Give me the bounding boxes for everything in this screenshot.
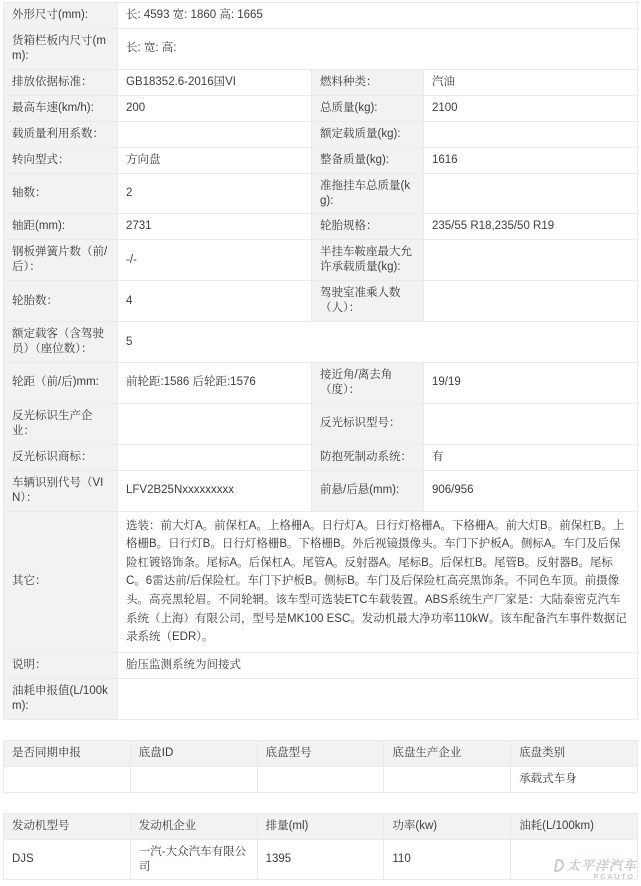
engine-header-text: 发动机型号 xyxy=(12,820,70,832)
spec-label-text: 总质量(kg): xyxy=(320,102,378,114)
pcauto-watermark: 太平洋汽车 PCAUTO xyxy=(555,859,637,881)
spec-value: 汽油 xyxy=(424,69,638,95)
chassis-cell xyxy=(4,766,131,792)
spec-value: 19/19 xyxy=(424,363,638,404)
spec-label-text: 油耗申报值(L/100km): xyxy=(12,685,108,712)
chassis-value-row: 承载式车身 xyxy=(4,766,638,792)
spec-label-text: 轮距（前/后)mm: xyxy=(12,376,99,388)
chassis-header-text: 底盘类别 xyxy=(519,747,565,759)
spec-label-text: 额定载客（含驾驶员）（座位数）： xyxy=(12,328,104,355)
spec-value xyxy=(424,240,638,281)
row-track-angles: 轮距（前/后)mm: 前轮距:1586 后轮距:1576 接近角/离去角（度）：… xyxy=(4,363,638,404)
spec-value-text: 1616 xyxy=(432,154,458,166)
chassis-cell-text xyxy=(392,773,395,785)
spec-label: 准拖挂车总质量(kg): xyxy=(312,173,424,214)
spec-label: 反光标识生产企业： xyxy=(4,403,118,444)
spec-label-text: 前悬/后悬(mm): xyxy=(320,484,399,496)
engine-header: 发动机企业 xyxy=(130,813,257,839)
engine-header: 排量(ml) xyxy=(257,813,384,839)
spec-value: 前轮距:1586 后轮距:1576 xyxy=(118,363,312,404)
spec-label: 其它： xyxy=(4,511,118,652)
spec-label-text: 燃料种类： xyxy=(320,76,378,88)
spec-value-text: 19/19 xyxy=(432,376,461,388)
chassis-header: 是否同期申报 xyxy=(4,740,131,766)
spec-label-text: 转向型式： xyxy=(12,154,70,166)
spec-label: 轮距（前/后)mm: xyxy=(4,363,118,404)
spec-value xyxy=(424,403,638,444)
spec-value: 5 xyxy=(118,322,638,363)
row-maxspeed-totalmass: 最高车速(km/h): 200 总质量(kg): 2100 xyxy=(4,95,638,121)
pcauto-logo-icon xyxy=(554,859,565,872)
spec-label: 驾驶室准乘人数（人）： xyxy=(312,281,424,322)
spec-value: 1616 xyxy=(424,147,638,173)
vehicle-spec-table: 外形尺寸(mm): 长: 4593 宽: 1860 高: 1665 货箱栏板内尺… xyxy=(3,2,638,720)
spec-value xyxy=(424,281,638,322)
row-other-options: 其它： 选装：前大灯A。前保杠A。上格栅A。日行灯A。日行灯格栅A。下格栅A。前… xyxy=(4,511,638,652)
spec-label: 最高车速(km/h): xyxy=(4,95,118,121)
engine-cell: 1395 xyxy=(257,839,384,880)
spec-value: 方向盘 xyxy=(118,147,312,173)
spec-label: 货箱栏板内尺寸(mm): xyxy=(4,28,118,69)
vin-value-text: LFV2B25Nxxxxxxxxx xyxy=(126,484,234,496)
spec-value-text xyxy=(432,128,435,140)
spec-label-text: 驾驶室准乘人数（人）： xyxy=(320,287,401,314)
engine-header-row: 发动机型号 发动机企业 排量(ml) 功率(kw) 油耗(L/100km) xyxy=(4,813,638,839)
spec-label-text: 其它： xyxy=(12,575,47,587)
spec-value-text: 2100 xyxy=(432,102,458,114)
table-gap xyxy=(3,793,638,813)
spec-label: 燃料种类： xyxy=(312,69,424,95)
chassis-header: 底盘生产企业 xyxy=(384,740,511,766)
spec-label: 总质量(kg): xyxy=(312,95,424,121)
spec-label: 转向型式： xyxy=(4,147,118,173)
spec-value: 906/956 xyxy=(424,470,638,511)
spec-label: 半挂车鞍座最大允许承载质量(kg): xyxy=(312,240,424,281)
engine-fuel-text xyxy=(519,853,522,865)
chassis-header-row: 是否同期申报 底盘ID 底盘型号 底盘生产企业 底盘类别 xyxy=(4,740,638,766)
engine-displacement-text: 1395 xyxy=(266,853,292,865)
engine-cell: 110 xyxy=(384,839,511,880)
spec-value: 长: 4593 宽: 1860 高: 1665 xyxy=(118,3,638,29)
spec-value xyxy=(118,403,312,444)
chassis-cell: 承载式车身 xyxy=(511,766,638,792)
spec-value: LFV2B25Nxxxxxxxxx xyxy=(118,470,312,511)
row-loadfactor-ratedload: 载质量利用系数： 额定载质量(kg): xyxy=(4,121,638,147)
chassis-cell-text: 承载式车身 xyxy=(519,773,577,785)
row-note: 说明： 胎压监测系统为间接式 xyxy=(4,652,638,678)
spec-sheet: 外形尺寸(mm): 长: 4593 宽: 1860 高: 1665 货箱栏板内尺… xyxy=(0,0,641,880)
watermark-subtext: PCAUTO xyxy=(555,874,637,881)
engine-cell: 一汽-大众汽车有限公司 xyxy=(130,839,257,880)
spec-value: 长: 宽: 高: xyxy=(118,28,638,69)
spec-value-text: 4 xyxy=(126,295,132,307)
spec-label-text: 轮胎规格： xyxy=(320,220,378,232)
spec-value-text: 235/55 R18,235/50 R19 xyxy=(432,220,554,232)
engine-header-text: 排量(ml) xyxy=(266,820,309,832)
spec-label: 外形尺寸(mm): xyxy=(4,3,118,29)
row-tirecount-cabinseats: 轮胎数： 4 驾驶室准乘人数（人）： xyxy=(4,281,638,322)
spec-label: 轴数： xyxy=(4,173,118,214)
engine-header: 功率(kw) xyxy=(384,813,511,839)
spec-label: 额定载客（含驾驶员）（座位数）： xyxy=(4,322,118,363)
chassis-header-text: 底盘生产企业 xyxy=(392,747,461,759)
spec-label: 载质量利用系数： xyxy=(4,121,118,147)
spec-label: 接近角/离去角（度）： xyxy=(312,363,424,404)
spec-value: 2100 xyxy=(424,95,638,121)
spec-label-text: 准拖挂车总质量(kg): xyxy=(320,180,410,207)
spec-value-text xyxy=(432,295,435,307)
spec-label-text: 载质量利用系数： xyxy=(12,128,104,140)
spec-value-text xyxy=(126,128,129,140)
spec-value: 胎压监测系统为间接式 xyxy=(118,652,638,678)
spec-value: -/- xyxy=(118,240,312,281)
spec-label: 反光标识型号： xyxy=(312,403,424,444)
row-cargo-inner-dimensions: 货箱栏板内尺寸(mm): 长: 宽: 高: xyxy=(4,28,638,69)
spec-value-text: 5 xyxy=(126,336,132,348)
spec-label-text: 防抱死制动系统： xyxy=(320,451,412,463)
spec-value-text: 有 xyxy=(432,451,444,463)
engine-header-text: 油耗(L/100km) xyxy=(519,820,594,832)
spec-value xyxy=(424,173,638,214)
other-options-text: 选装：前大灯A。前保杠A。上格栅A。日行灯A。日行灯格栅A。下格栅A。前大灯B。… xyxy=(126,520,627,644)
spec-value-text xyxy=(432,417,435,429)
spec-value-text: 2 xyxy=(126,187,132,199)
spec-label: 轮胎数： xyxy=(4,281,118,322)
spec-value-text: 2731 xyxy=(126,220,152,232)
spec-label: 额定载质量(kg): xyxy=(312,121,424,147)
row-seating-capacity: 额定载客（含驾驶员）（座位数）： 5 xyxy=(4,322,638,363)
chassis-header-text: 是否同期申报 xyxy=(12,747,81,759)
spec-value-text xyxy=(432,187,435,199)
row-reflective-maker-model: 反光标识生产企业： 反光标识型号： xyxy=(4,403,638,444)
spec-value: 选装：前大灯A。前保杠A。上格栅A。日行灯A。日行灯格栅A。下格栅A。前大灯B。… xyxy=(118,511,638,652)
spec-label-text: 车辆识别代号（VIN）： xyxy=(12,477,103,504)
spec-value: 4 xyxy=(118,281,312,322)
chassis-cell xyxy=(257,766,384,792)
chassis-header-text: 底盘ID xyxy=(139,747,174,759)
spec-value: GB18352.6-2016国VI xyxy=(118,69,312,95)
spec-label-text: 货箱栏板内尺寸(mm): xyxy=(12,35,106,62)
spec-label-text: 反光标识型号： xyxy=(320,417,401,429)
spec-value xyxy=(424,121,638,147)
engine-value-row: DJS 一汽-大众汽车有限公司 1395 110 xyxy=(4,839,638,880)
spec-label-text: 轴距(mm): xyxy=(12,220,65,232)
row-wheelbase-tirespec: 轴距(mm): 2731 轮胎规格： 235/55 R18,235/50 R19 xyxy=(4,214,638,240)
spec-label-text: 钢板弹簧片数（前/后）： xyxy=(12,246,107,273)
row-vin-overhang: 车辆识别代号（VIN）： LFV2B25Nxxxxxxxxx 前悬/后悬(mm)… xyxy=(4,470,638,511)
engine-power-text: 110 xyxy=(392,853,410,865)
chassis-cell-text xyxy=(266,773,269,785)
engine-header: 油耗(L/100km) xyxy=(511,813,638,839)
spec-label: 防抱死制动系统： xyxy=(312,444,424,470)
spec-value-text xyxy=(432,254,435,266)
chassis-cell xyxy=(384,766,511,792)
spec-value: 有 xyxy=(424,444,638,470)
spec-value: 235/55 R18,235/50 R19 xyxy=(424,214,638,240)
engine-header-text: 发动机企业 xyxy=(139,820,197,832)
spec-value-text: 前轮距:1586 后轮距:1576 xyxy=(126,376,256,388)
spec-label: 轮胎规格： xyxy=(312,214,424,240)
spec-label: 前悬/后悬(mm): xyxy=(312,470,424,511)
spec-value-text xyxy=(126,417,129,429)
spec-label: 说明： xyxy=(4,652,118,678)
row-reflective-brand-abs: 反光标识商标： 防抱死制动系统： 有 xyxy=(4,444,638,470)
spec-value-text: 长: 4593 宽: 1860 高: 1665 xyxy=(126,9,263,21)
spec-label: 钢板弹簧片数（前/后）： xyxy=(4,240,118,281)
spec-value-text: 方向盘 xyxy=(126,154,161,166)
engine-header: 发动机型号 xyxy=(4,813,131,839)
row-emission-fuel: 排放依据标准： GB18352.6-2016国VI 燃料种类： 汽油 xyxy=(4,69,638,95)
chassis-header: 底盘型号 xyxy=(257,740,384,766)
spec-value-text: -/- xyxy=(126,254,137,266)
spec-label-text: 轴数： xyxy=(12,187,47,199)
spec-label: 油耗申报值(L/100km): xyxy=(4,678,118,719)
row-exterior-dimensions: 外形尺寸(mm): 长: 4593 宽: 1860 高: 1665 xyxy=(4,3,638,29)
spec-value-text: 长: 宽: 高: xyxy=(126,42,176,54)
spec-value-text xyxy=(126,451,129,463)
chassis-header: 底盘类别 xyxy=(511,740,638,766)
spec-value-text: 906/956 xyxy=(432,484,474,496)
spec-label: 排放依据标准： xyxy=(4,69,118,95)
chassis-cell-text xyxy=(12,773,15,785)
spec-value-text: GB18352.6-2016国VI xyxy=(126,76,236,88)
engine-table: 发动机型号 发动机企业 排量(ml) 功率(kw) 油耗(L/100km) DJ… xyxy=(3,813,638,881)
engine-model-text: DJS xyxy=(12,853,34,865)
spec-label: 车辆识别代号（VIN）： xyxy=(4,470,118,511)
spec-value-text: 200 xyxy=(126,102,145,114)
spec-label-text: 反光标识生产企业： xyxy=(12,410,93,437)
row-axles-trailermass: 轴数： 2 准拖挂车总质量(kg): xyxy=(4,173,638,214)
spec-value-text xyxy=(126,692,129,704)
chassis-table: 是否同期申报 底盘ID 底盘型号 底盘生产企业 底盘类别 承载式车身 xyxy=(3,740,638,793)
spec-label-text: 反光标识商标： xyxy=(12,451,93,463)
spec-value xyxy=(118,678,638,719)
spec-label: 反光标识商标： xyxy=(4,444,118,470)
spec-value-text: 汽油 xyxy=(432,76,455,88)
spec-label-text: 半挂车鞍座最大允许承载质量(kg): xyxy=(320,246,412,273)
engine-cell: DJS xyxy=(4,839,131,880)
chassis-header-text: 底盘型号 xyxy=(266,747,312,759)
spec-label: 整备质量(kg): xyxy=(312,147,424,173)
spec-label-text: 额定载质量(kg): xyxy=(320,128,401,140)
spec-label-text: 排放依据标准： xyxy=(12,76,93,88)
spec-label: 轴距(mm): xyxy=(4,214,118,240)
spec-value-text: 胎压监测系统为间接式 xyxy=(126,659,241,671)
spec-value: 2 xyxy=(118,173,312,214)
watermark-text: 太平洋汽车 xyxy=(567,859,637,872)
spec-label-text: 最高车速(km/h): xyxy=(12,102,94,114)
spec-value xyxy=(118,121,312,147)
row-declared-fuel: 油耗申报值(L/100km): xyxy=(4,678,638,719)
spec-label-text: 接近角/离去角（度）： xyxy=(320,369,392,396)
table-gap xyxy=(3,720,638,740)
chassis-header: 底盘ID xyxy=(130,740,257,766)
spec-label-text: 轮胎数： xyxy=(12,295,58,307)
engine-company-text: 一汽-大众汽车有限公司 xyxy=(139,846,246,873)
spec-value: 200 xyxy=(118,95,312,121)
spec-label-text: 整备质量(kg): xyxy=(320,154,389,166)
row-steering-curbweight: 转向型式： 方向盘 整备质量(kg): 1616 xyxy=(4,147,638,173)
spec-value: 2731 xyxy=(118,214,312,240)
chassis-cell xyxy=(130,766,257,792)
chassis-cell-text xyxy=(139,773,142,785)
spec-value xyxy=(118,444,312,470)
row-springs-saddleload: 钢板弹簧片数（前/后）： -/- 半挂车鞍座最大允许承载质量(kg): xyxy=(4,240,638,281)
spec-label-text: 外形尺寸(mm): xyxy=(12,9,88,21)
spec-label-text: 说明： xyxy=(12,659,47,671)
engine-header-text: 功率(kw) xyxy=(392,820,437,832)
